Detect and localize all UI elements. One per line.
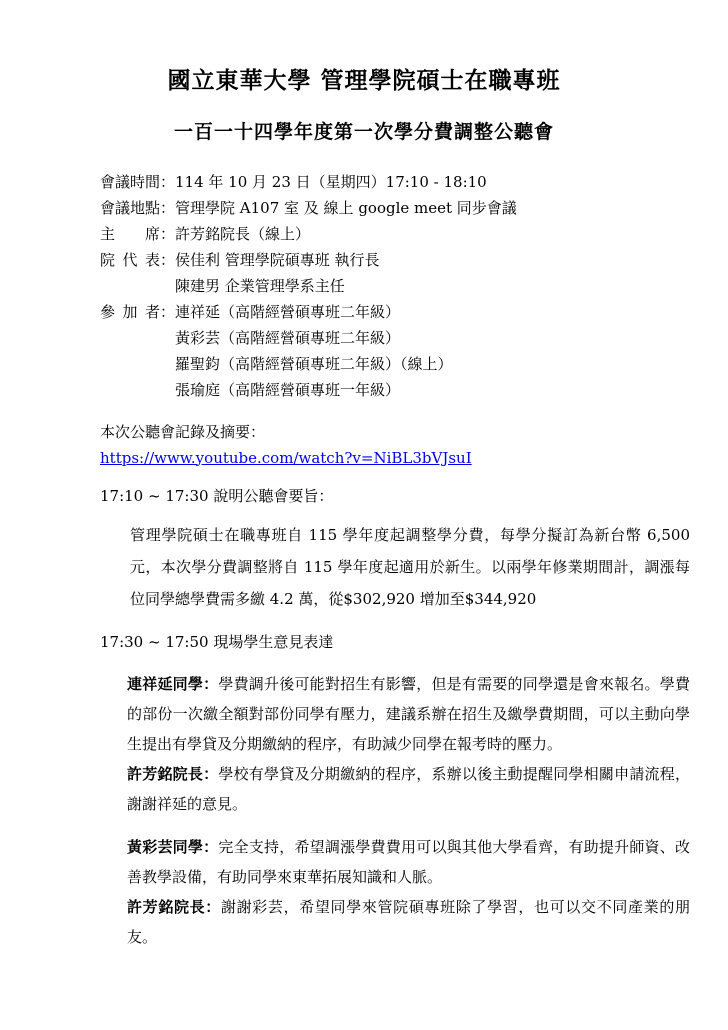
meta-value-participant: 黃彩芸（高階經營碩專班二年級） bbox=[175, 325, 690, 351]
statement-block-1: 連祥延同學：學費調升後可能對招生有影響，但是有需要的同學還是會來報名。學費的部份… bbox=[127, 669, 690, 819]
session-heading-briefing: 17:10 ~ 17:30 說明公聽會要旨： bbox=[100, 483, 690, 509]
meta-row-college-reps: 院代表： 侯佳利 管理學院碩專班 執行長 陳建男 企業管理學系主任 bbox=[100, 247, 690, 299]
session-heading-opinions: 17:30 ~ 17:50 現場學生意見表達 bbox=[100, 629, 690, 655]
briefing-paragraph: 管理學院碩士在職專班自 115 學年度起調整學分費，每學分擬訂為新台幣 6,50… bbox=[130, 519, 690, 615]
meta-label-chair: 主席： bbox=[100, 221, 175, 247]
meta-value-college-rep: 陳建男 企業管理學系主任 bbox=[175, 273, 690, 299]
colon: ： bbox=[160, 173, 175, 191]
meeting-info: 會議時間： 114 年 10 月 23 日（星期四）17:10 - 18:10 … bbox=[100, 169, 690, 403]
document-title: 國立東華大學 管理學院碩士在職專班 bbox=[0, 66, 728, 96]
meta-value-chair: 許芳銘院長（線上） bbox=[175, 221, 690, 247]
document-page: 國立東華大學 管理學院碩士在職專班 一百一十四學年度第一次學分費調整公聽會 會議… bbox=[0, 0, 728, 1030]
youtube-record-link[interactable]: https://www.youtube.com/watch?v=NiBL3bVJ… bbox=[100, 445, 472, 471]
meta-label-college-reps: 院代表： bbox=[100, 247, 175, 299]
colon: ： bbox=[160, 199, 175, 217]
meta-row-participants: 參加者： 連祥延（高階經營碩專班二年級） 黃彩芸（高階經營碩專班二年級） 羅聖鈞… bbox=[100, 299, 690, 403]
meta-value-participant: 張瑜庭（高階經營碩專班一年級） bbox=[175, 377, 690, 403]
record-heading: 本次公聽會記錄及摘要： bbox=[100, 419, 690, 445]
meta-value-time: 114 年 10 月 23 日（星期四）17:10 - 18:10 bbox=[175, 169, 690, 195]
meta-label-location: 會議地點： bbox=[100, 195, 175, 221]
colon: ： bbox=[160, 225, 175, 243]
meta-value-participant: 羅聖鈞（高階經營碩專班二年級）（線上） bbox=[175, 351, 690, 377]
meta-value-college-rep: 侯佳利 管理學院碩專班 執行長 bbox=[175, 247, 690, 273]
statement: 許芳銘院長：學校有學貸及分期繳納的程序，系辦以後主動提醒同學相關申請流程，謝謝祥… bbox=[127, 759, 690, 819]
speaker-name: 黃彩芸同學： bbox=[127, 838, 218, 856]
speaker-name: 許芳銘院長： bbox=[127, 898, 221, 916]
speaker-name: 連祥延同學： bbox=[127, 675, 218, 693]
meta-label-time: 會議時間： bbox=[100, 169, 175, 195]
speaker-name: 許芳銘院長： bbox=[127, 765, 218, 783]
meta-row-location: 會議地點： 管理學院 A107 室 及 線上 google meet 同步會議 bbox=[100, 195, 690, 221]
meta-row-time: 會議時間： 114 年 10 月 23 日（星期四）17:10 - 18:10 bbox=[100, 169, 690, 195]
meta-value-location: 管理學院 A107 室 及 線上 google meet 同步會議 bbox=[175, 195, 690, 221]
meta-label-participants: 參加者： bbox=[100, 299, 175, 403]
statement: 許芳銘院長：謝謝彩芸，希望同學來管院碩專班除了學習，也可以交不同產業的朋友。 bbox=[127, 892, 690, 952]
statement: 連祥延同學：學費調升後可能對招生有影響，但是有需要的同學還是會來報名。學費的部份… bbox=[127, 669, 690, 759]
meta-row-chair: 主席： 許芳銘院長（線上） bbox=[100, 221, 690, 247]
document-subtitle: 一百一十四學年度第一次學分費調整公聽會 bbox=[0, 120, 728, 145]
record-section: 本次公聽會記錄及摘要： https://www.youtube.com/watc… bbox=[100, 419, 690, 471]
meta-value-participant: 連祥延（高階經營碩專班二年級） bbox=[175, 299, 690, 325]
statement-block-2: 黃彩芸同學：完全支持，希望調漲學費費用可以與其他大學看齊，有助提升師資、改善教學… bbox=[127, 832, 690, 952]
colon: ： bbox=[160, 303, 175, 321]
colon: ： bbox=[160, 251, 175, 269]
statement: 黃彩芸同學：完全支持，希望調漲學費費用可以與其他大學看齊，有助提升師資、改善教學… bbox=[127, 832, 690, 892]
